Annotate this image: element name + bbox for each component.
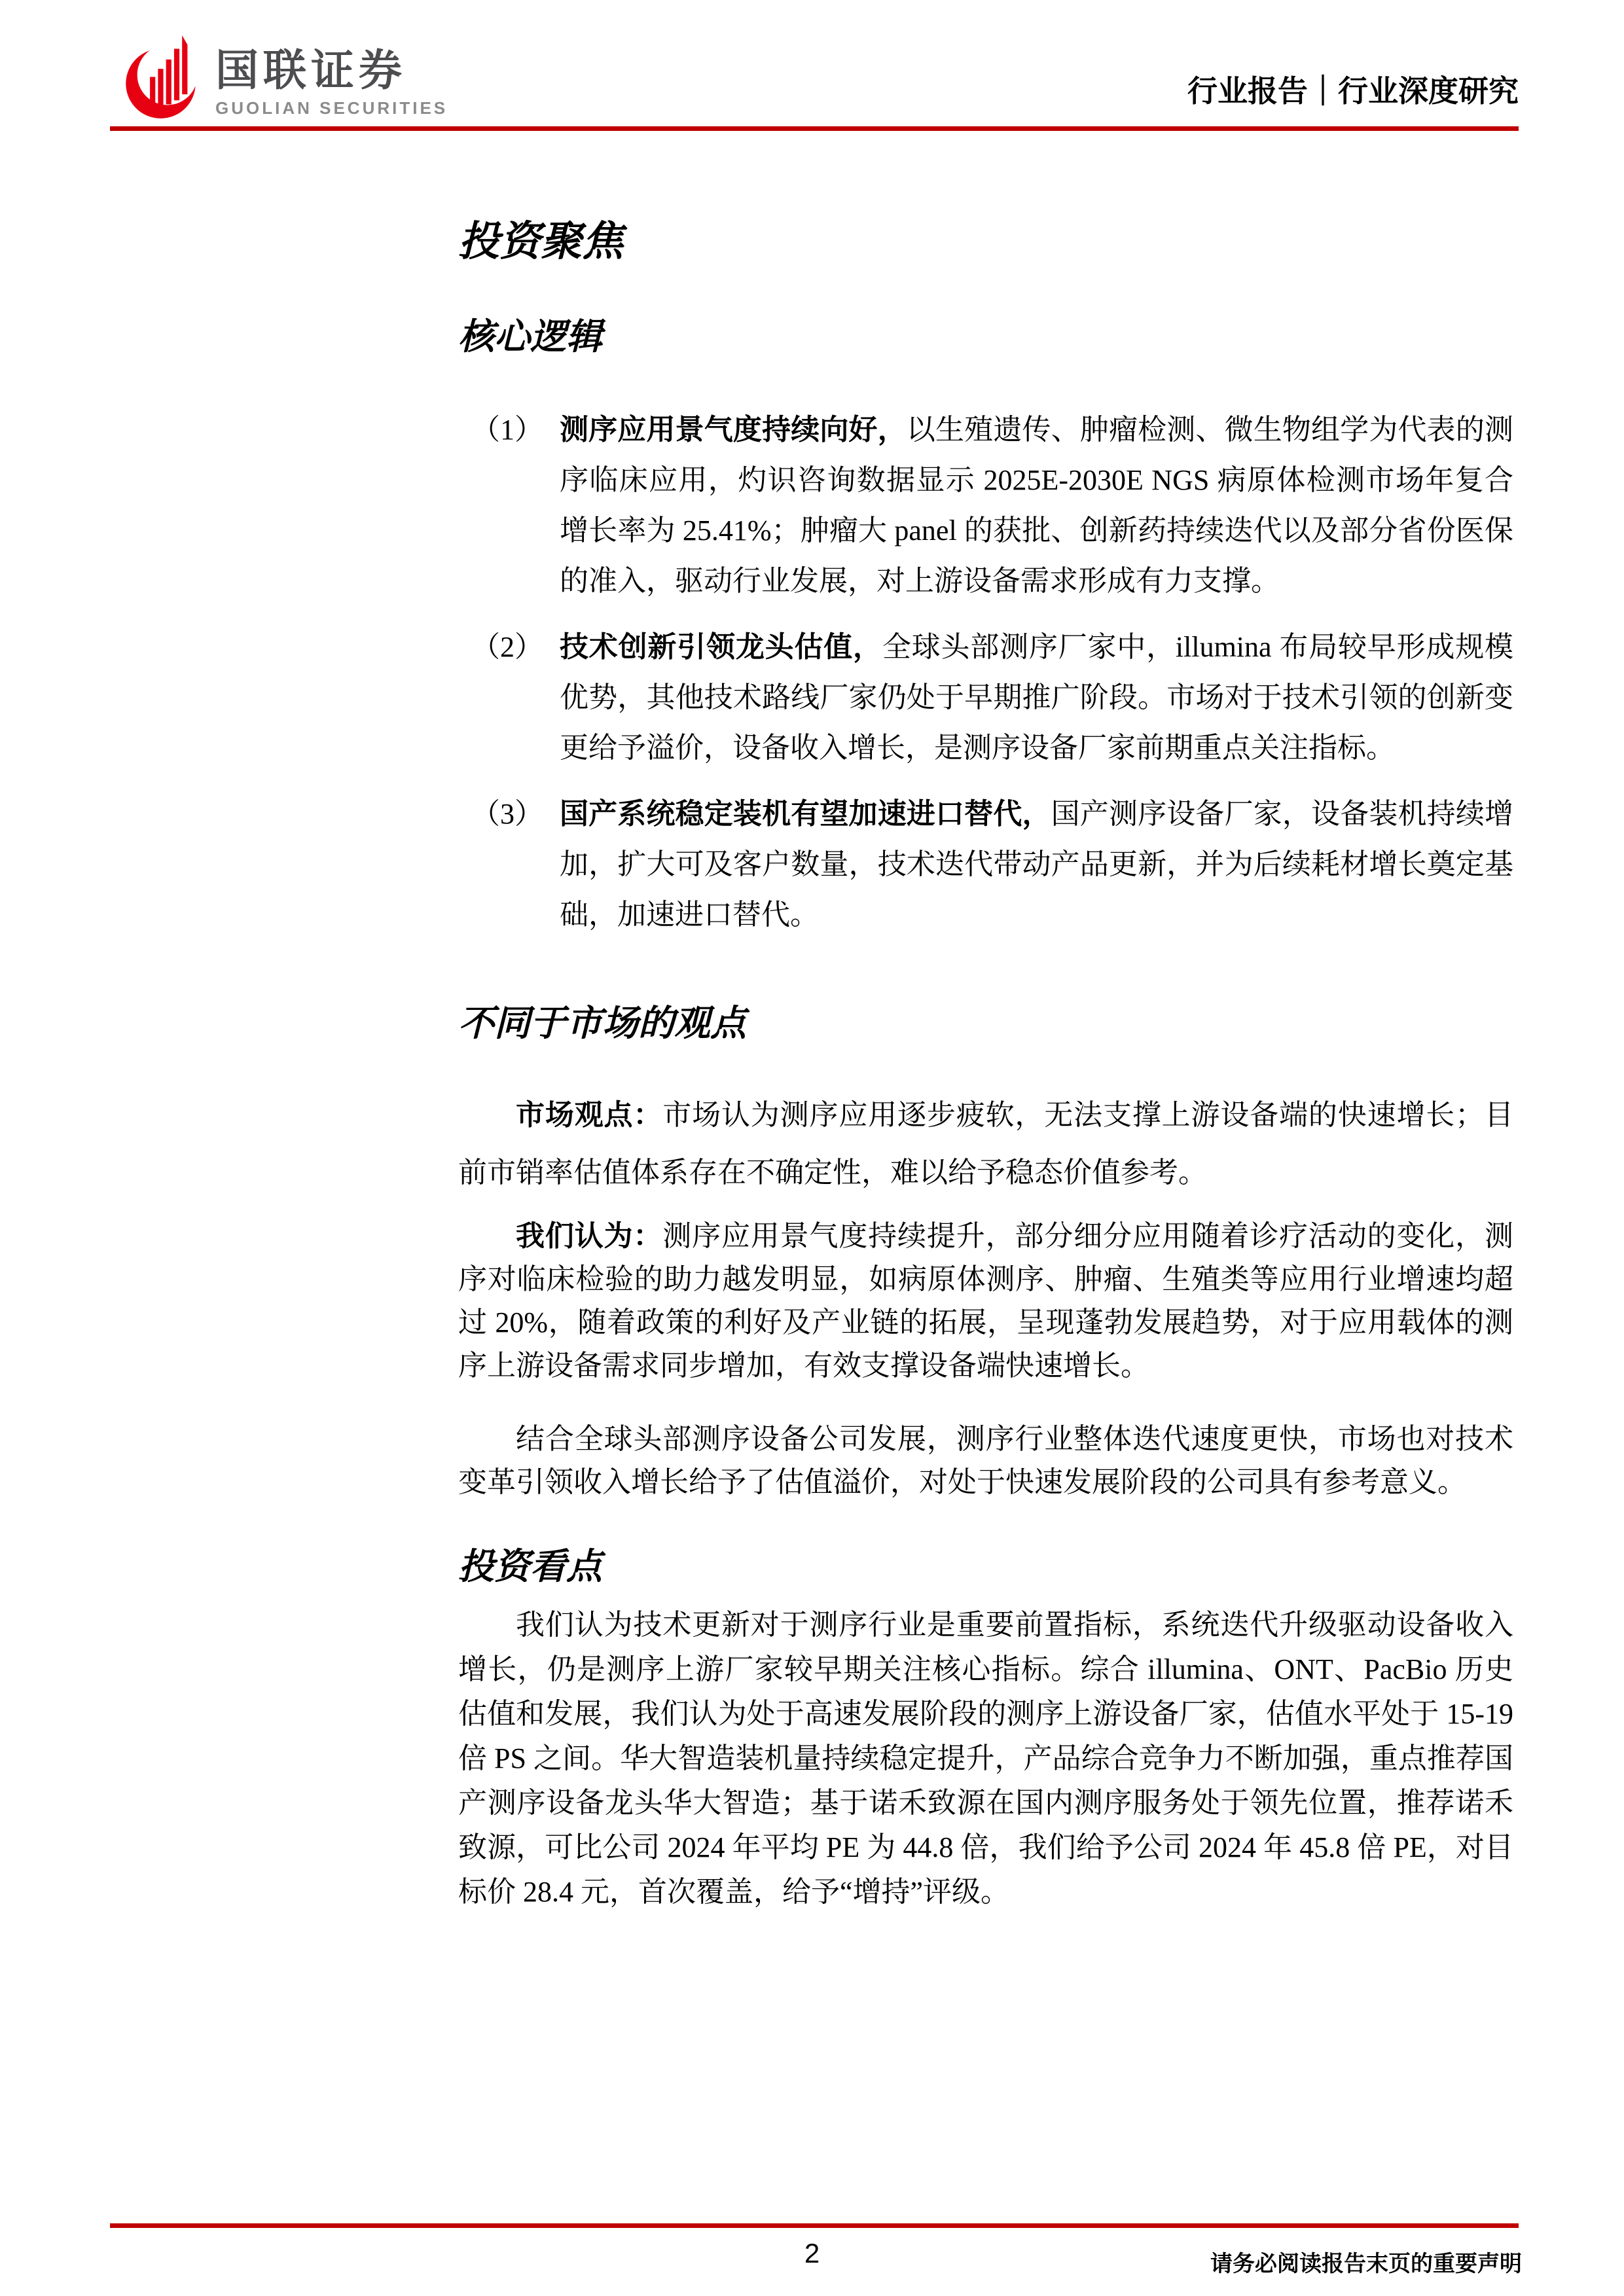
list-item-lead: 技术创新引领龙头估值， — [560, 631, 882, 663]
section-invest-points: 投资看点 我们认为技术更新对于测序行业是重要前置指标，系统迭代升级驱动设备收入增… — [458, 1543, 1513, 1915]
list-item-number: （1） — [458, 404, 560, 606]
logo-company-name: 国联证券 — [215, 48, 448, 92]
paragraph-our-view: 我们认为：测序应用景气度持续提升，部分细分应用随着诊疗活动的变化，测序对临床检验… — [458, 1215, 1513, 1388]
list-item: （3） 国产系统稳定装机有望加速进口替代，国产测序设备厂家，设备装机持续增加，扩… — [458, 789, 1513, 940]
list-item: （1） 测序应用景气度持续向好，以生殖遗传、肿瘤检测、微生物组学为代表的测序临床… — [458, 404, 1513, 606]
core-logic-list: （1） 测序应用景气度持续向好，以生殖遗传、肿瘤检测、微生物组学为代表的测序临床… — [458, 404, 1513, 940]
paragraph-lead: 市场观点： — [516, 1099, 662, 1131]
footer-disclaimer: 请务必阅读报告末页的重要声明 — [1210, 2251, 1522, 2278]
section-core-logic: 核心逻辑 （1） 测序应用景气度持续向好，以生殖遗传、肿瘤检测、微生物组学为代表… — [458, 314, 1513, 941]
paragraph-invest-points: 我们认为技术更新对于测序行业是重要前置指标，系统迭代升级驱动设备收入增长，仍是测… — [458, 1603, 1513, 1914]
guolian-logo-icon — [124, 34, 200, 121]
page-title: 投资聚焦 — [458, 216, 1513, 268]
list-item-number: （2） — [458, 622, 560, 773]
report-body: 投资聚焦 核心逻辑 （1） 测序应用景气度持续向好，以生殖遗传、肿瘤检测、微生物… — [458, 216, 1513, 1928]
header-divider — [110, 126, 1519, 131]
section-heading-invest-points: 投资看点 — [458, 1543, 1513, 1590]
paragraph-market-opinion: 市场观点：市场认为测序应用逐步疲软，无法支撑上游设备端的快速增长；目前市销率估值… — [458, 1086, 1513, 1202]
section-heading-market-view: 不同于市场的观点 — [458, 1000, 1513, 1047]
paragraph-lead: 我们认为： — [516, 1220, 662, 1252]
list-item-lead: 测序应用景气度持续向好， — [560, 414, 907, 446]
list-item-lead: 国产系统稳定装机有望加速进口替代， — [560, 798, 1051, 830]
report-type-label: 行业报告｜行业深度研究 — [1187, 73, 1519, 109]
report-page: 国联证券 GUOLIAN SECURITIES 行业报告｜行业深度研究 投资聚焦… — [0, 0, 1624, 2296]
company-logo: 国联证券 GUOLIAN SECURITIES — [124, 34, 448, 121]
section-market-view: 不同于市场的观点 市场观点：市场认为测序应用逐步疲软，无法支撑上游设备端的快速增… — [458, 1000, 1513, 1504]
section-heading-core-logic: 核心逻辑 — [458, 314, 1513, 361]
logo-company-name-en: GUOLIAN SECURITIES — [215, 99, 448, 117]
list-item-number: （3） — [458, 789, 560, 940]
paragraph-global-context: 结合全球头部测序设备公司发展，测序行业整体迭代速度更快，市场也对技术变革引领收入… — [458, 1418, 1513, 1504]
list-item: （2） 技术创新引领龙头估值，全球头部测序厂家中，illumina 布局较早形成… — [458, 622, 1513, 773]
footer-divider — [110, 2223, 1519, 2228]
